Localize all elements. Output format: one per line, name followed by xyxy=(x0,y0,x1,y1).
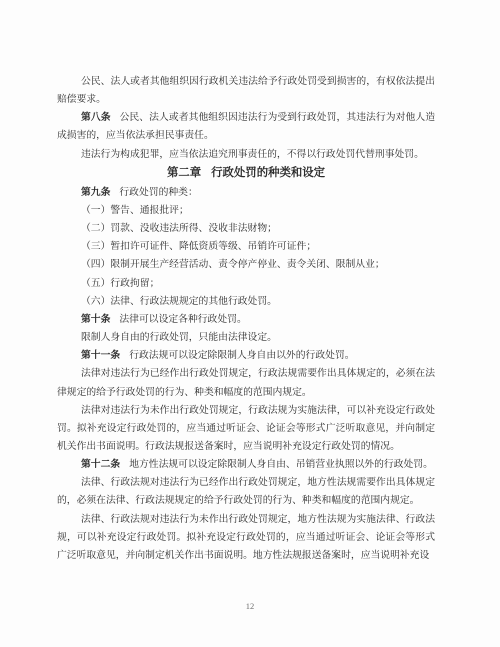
paragraph: 法律对违法行为已经作出行政处罚规定，行政法规需要作出具体规定的，必须在法律规定的… xyxy=(57,365,435,401)
chapter-heading: 第二章行政处罚的种类和设定 xyxy=(57,164,435,184)
paragraph-text: （五）行政拘留； xyxy=(81,278,159,289)
paragraph: 法律、行政法规对违法行为未作出行政处罚规定，地方性法规为实施法律、行政法规，可以… xyxy=(57,511,435,565)
paragraph: 第十二条地方性法规可以设定除限制人身自由、吊销营业执照以外的行政处罚。 xyxy=(57,456,435,474)
paragraph-text: 法律可以设定各种行政处罚。 xyxy=(119,314,246,325)
article-number: 第十条 xyxy=(81,314,110,325)
paragraph-text: 法律、行政法规对违法行为已经作出行政处罚规定，地方性法规需要作出具体规定的，必须… xyxy=(57,477,435,506)
paragraph-text: （四）限制开展生产经营活动、责令停产停业、责令关闭、限制从业； xyxy=(81,259,385,270)
article-number: 第九条 xyxy=(81,187,110,198)
paragraph-text: （六）法律、行政法规规定的其他行政处罚。 xyxy=(81,296,277,307)
page-number: 12 xyxy=(0,601,500,611)
paragraph: 违法行为构成犯罪，应当依法追究刑事责任的，不得以行政处罚代替刑事处罚。 xyxy=(57,146,435,164)
list-item: （一）警告、通报批评； xyxy=(57,202,435,220)
paragraph: 法律、行政法规对违法行为已经作出行政处罚规定，地方性法规需要作出具体规定的，必须… xyxy=(57,474,435,510)
paragraph: 第十一条行政法规可以设定除限制人身自由以外的行政处罚。 xyxy=(57,347,435,365)
paragraph-text: 法律、行政法规对违法行为未作出行政处罚规定，地方性法规为实施法律、行政法规，可以… xyxy=(57,514,435,561)
list-item: （三）暂扣许可证件、降低资质等级、吊销许可证件； xyxy=(57,238,435,256)
chapter-title: 行政处罚的种类和设定 xyxy=(211,167,325,179)
paragraph-text: 公民、法人或者其他组织因违法行为受到行政处罚，其违法行为对他人造成损害的，应当依… xyxy=(57,112,435,141)
paragraph-text: 行政法规可以设定除限制人身自由以外的行政处罚。 xyxy=(129,350,354,361)
paragraph-text: 法律对违法行为未作出行政处罚规定，行政法规为实施法律，可以补充设定行政处罚。拟补… xyxy=(57,405,435,452)
paragraph: 限制人身自由的行政处罚，只能由法律设定。 xyxy=(57,329,435,347)
paragraph-text: 行政处罚的种类： xyxy=(119,187,197,198)
article-number: 第十二条 xyxy=(81,459,120,470)
paragraph: 公民、法人或者其他组织因行政机关违法给予行政处罚受到损害的，有权依法提出赔偿要求… xyxy=(57,73,435,109)
document-page: 公民、法人或者其他组织因行政机关违法给予行政处罚受到损害的，有权依法提出赔偿要求… xyxy=(0,0,500,647)
list-item: （六）法律、行政法规规定的其他行政处罚。 xyxy=(57,293,435,311)
document-body: 公民、法人或者其他组织因行政机关违法给予行政处罚受到损害的，有权依法提出赔偿要求… xyxy=(57,73,435,565)
chapter-number: 第二章 xyxy=(167,167,201,179)
paragraph-text: 地方性法规可以设定除限制人身自由、吊销营业执照以外的行政处罚。 xyxy=(129,459,433,470)
article-number: 第十一条 xyxy=(81,350,120,361)
paragraph-text: 违法行为构成犯罪，应当依法追究刑事责任的，不得以行政处罚代替刑事处罚。 xyxy=(81,149,424,160)
paragraph-text: 法律对违法行为已经作出行政处罚规定，行政法规需要作出具体规定的，必须在法律规定的… xyxy=(57,368,435,397)
paragraph: 第十条法律可以设定各种行政处罚。 xyxy=(57,311,435,329)
paragraph: 第九条行政处罚的种类： xyxy=(57,184,435,202)
paragraph-text: 限制人身自由的行政处罚，只能由法律设定。 xyxy=(81,332,277,343)
paragraph-text: 公民、法人或者其他组织因行政机关违法给予行政处罚受到损害的，有权依法提出赔偿要求… xyxy=(57,76,435,105)
list-item: （二）罚款、没收违法所得、没收非法财物； xyxy=(57,220,435,238)
paragraph-text: （二）罚款、没收违法所得、没收非法财物； xyxy=(81,223,277,234)
paragraph: 第八条公民、法人或者其他组织因违法行为受到行政处罚，其违法行为对他人造成损害的，… xyxy=(57,109,435,145)
paragraph-text: （一）警告、通报批评； xyxy=(81,205,189,216)
article-number: 第八条 xyxy=(81,112,111,123)
list-item: （四）限制开展生产经营活动、责令停产停业、责令关闭、限制从业； xyxy=(57,256,435,274)
list-item: （五）行政拘留； xyxy=(57,275,435,293)
paragraph-text: （三）暂扣许可证件、降低资质等级、吊销许可证件； xyxy=(81,241,316,252)
paragraph: 法律对违法行为未作出行政处罚规定，行政法规为实施法律，可以补充设定行政处罚。拟补… xyxy=(57,402,435,456)
